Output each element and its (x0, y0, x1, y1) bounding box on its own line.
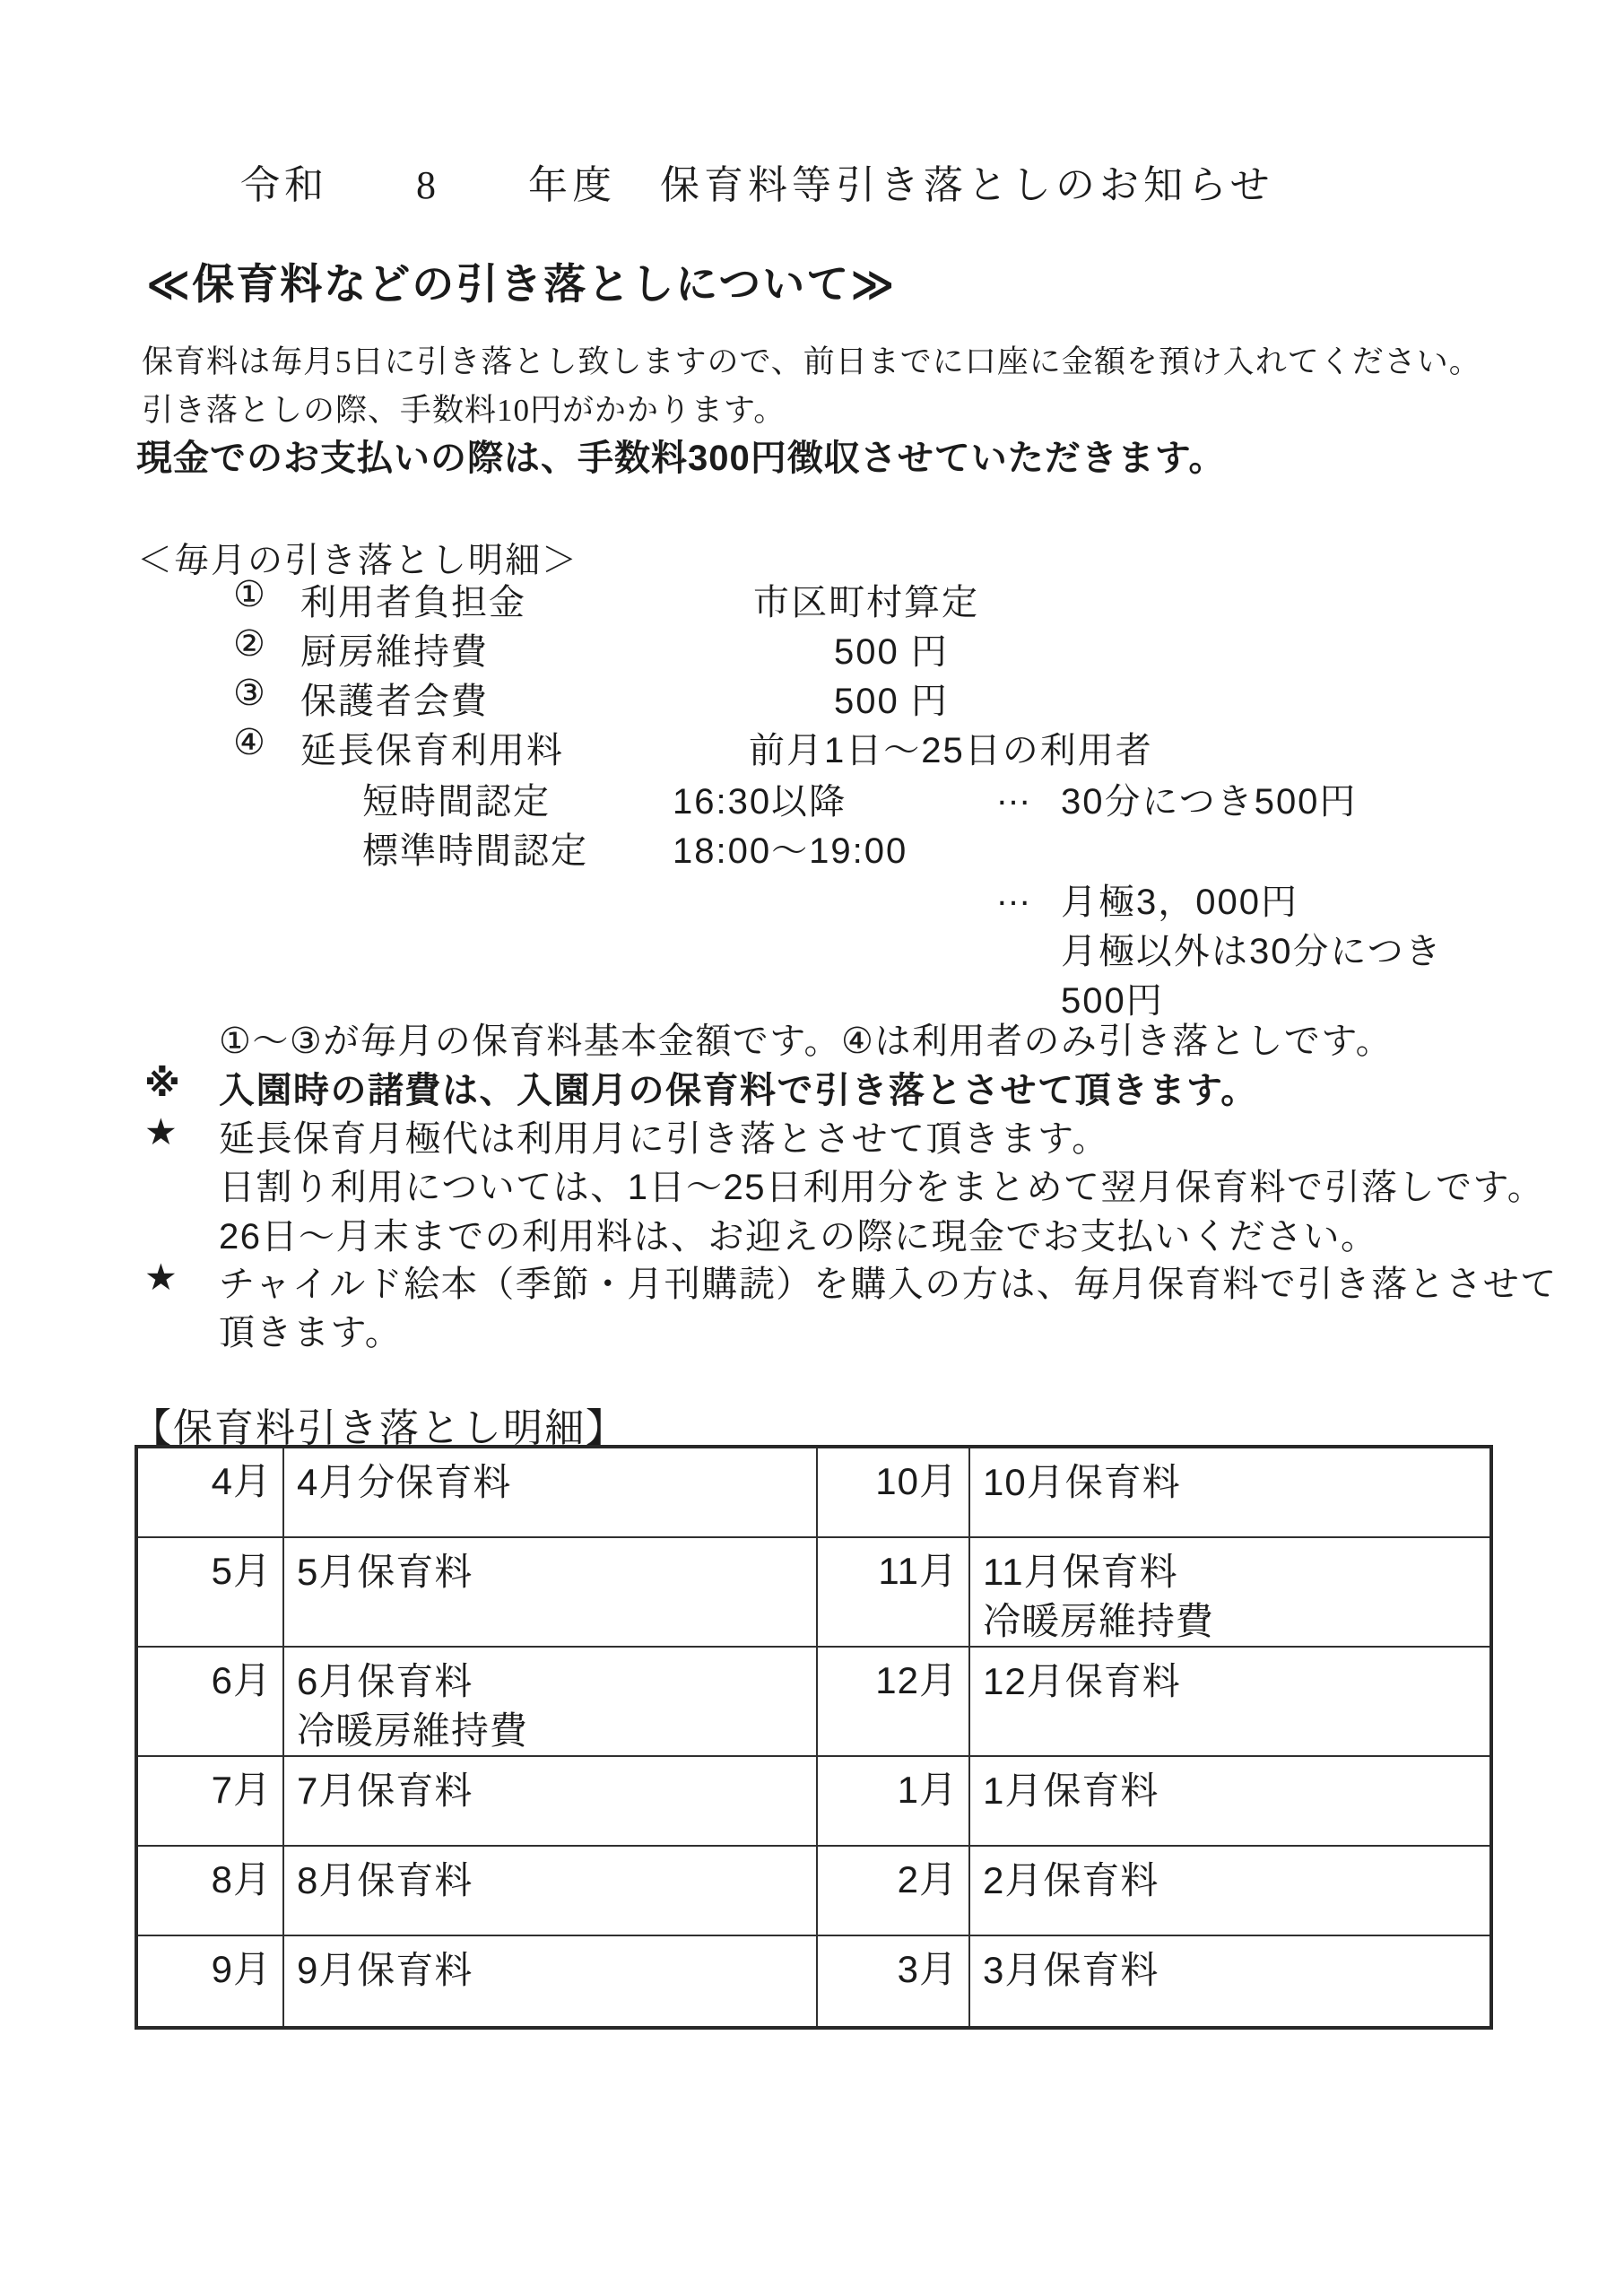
circled-number: ② (233, 623, 267, 665)
item-label: 利用者負担金 (300, 574, 526, 625)
table-cell-desc: 2月保育料 (970, 1847, 1489, 1936)
table-cell-desc: 9月保育料 (284, 1936, 818, 2026)
note-star1-text: 日割り利用については、1日～25日利用分をまとめて翌月保育料で引落しです。 (219, 1159, 1544, 1210)
circled-number: ③ (233, 673, 267, 714)
note-kome-text: 入園時の諸費は、入園月の保育料で引き落とさせて頂きます。 (219, 1062, 1258, 1113)
intro-line-cash-fee: 現金でのお支払いの際は、手数料300円徴収させていただきます。 (136, 430, 1226, 481)
item-label: 厨房維持費 (300, 623, 489, 674)
intro-heading: ≪保育料などの引き落としについて≫ (146, 251, 896, 311)
table-cell-month: 2月 (818, 1847, 970, 1936)
table-cell-month: 7月 (138, 1757, 284, 1847)
dots-leader: … (995, 874, 1033, 914)
star-icon: ★ (144, 1256, 178, 1299)
note-summary: ①～③が毎月の保育料基本金額です。④は利用者のみ引き落としです。 (219, 1013, 1393, 1064)
cell-line: 7月保育料 (297, 1766, 816, 1815)
cell-line: 10月保育料 (983, 1457, 1489, 1507)
dots-leader: … (995, 773, 1033, 813)
intro-line: 保育料は毎月5日に引き落とし致しますので、前日までに口座に金額を預け入れてくださ… (142, 337, 1481, 382)
cell-line: 12月保育料 (983, 1657, 1489, 1706)
cell-line: 6月保育料 (297, 1657, 816, 1706)
table-cell-desc: 7月保育料 (284, 1757, 818, 1847)
table-cell-desc: 8月保育料 (284, 1847, 818, 1936)
circled-number: ① (233, 574, 267, 615)
table-cell-month: 3月 (818, 1936, 970, 2026)
table-cell-desc: 12月保育料 (970, 1648, 1489, 1757)
table-cell-month: 8月 (138, 1847, 284, 1936)
table-cell-desc: 10月保育料 (970, 1448, 1489, 1538)
sub-label: 短時間認定 (362, 773, 551, 824)
table-cell-month: 10月 (818, 1448, 970, 1538)
sub-label: 標準時間認定 (362, 822, 588, 874)
star-icon: ★ (144, 1110, 178, 1153)
item-label: 延長保育利用料 (300, 722, 564, 773)
table-cell-month: 12月 (818, 1648, 970, 1757)
table-cell-desc: 5月保育料 (284, 1538, 818, 1648)
cell-line: 9月保育料 (297, 1945, 816, 1995)
item-value: 前月1日～25日の利用者 (749, 722, 1153, 773)
sub-fee: 月極3，000円 (1061, 874, 1298, 925)
fee-withdrawal-table: 4月 4月分保育料 10月 10月保育料 5月 5月保育料 11月 11月保育料… (135, 1445, 1493, 2030)
sub-time: 18:00～19:00 (673, 822, 908, 874)
table-cell-month: 6月 (138, 1648, 284, 1757)
cell-line: 2月保育料 (983, 1856, 1489, 1905)
intro-line: 引き落としの際、手数料10円がかかります。 (142, 386, 786, 430)
item-value: 500 円 (834, 673, 949, 724)
sub-fee: 30分につき500円 (1061, 773, 1357, 824)
item-label: 保護者会費 (300, 673, 489, 724)
cell-line: 4月分保育料 (297, 1457, 816, 1507)
table-cell-desc: 4月分保育料 (284, 1448, 818, 1538)
table-cell-desc: 11月保育料 冷暖房維持費 (970, 1538, 1489, 1648)
sub-time: 16:30以降 (673, 773, 847, 824)
table-cell-desc: 1月保育料 (970, 1757, 1489, 1847)
item-value: 500 円 (834, 623, 949, 674)
note-star1-text: 26日～月末までの利用料は、お迎えの際に現金でお支払いください。 (219, 1208, 1378, 1259)
cell-line: 8月保育料 (297, 1856, 816, 1905)
sub-fee-note: 月極以外は30分につき (1061, 923, 1443, 974)
note-star1-text: 延長保育月極代は利用月に引き落とさせて頂きます。 (219, 1110, 1109, 1161)
table-cell-desc: 3月保育料 (970, 1936, 1489, 2026)
table-cell-month: 5月 (138, 1538, 284, 1648)
cell-line: 冷暖房維持費 (983, 1596, 1489, 1646)
item-value: 市区町村算定 (753, 574, 979, 625)
table-cell-month: 1月 (818, 1757, 970, 1847)
table-cell-desc: 6月保育料 冷暖房維持費 (284, 1648, 818, 1757)
table-cell-month: 11月 (818, 1538, 970, 1648)
page-title: 令和 8 年度 保育料等引き落としのお知らせ (240, 152, 1274, 210)
cell-line: 冷暖房維持費 (297, 1706, 816, 1755)
cell-line: 3月保育料 (983, 1945, 1489, 1995)
note-star2-text: チャイルド絵本（季節・月刊購読）を購入の方は、毎月保育料で引き落とさせて (219, 1256, 1558, 1307)
reference-mark-icon: ※ (144, 1062, 181, 1105)
circled-number: ④ (233, 722, 267, 763)
note-star2-text: 頂きます。 (219, 1304, 402, 1355)
cell-line: 1月保育料 (983, 1766, 1489, 1815)
table-cell-month: 9月 (138, 1936, 284, 2026)
cell-line: 5月保育料 (297, 1547, 816, 1596)
scanned-notice-page: 令和 8 年度 保育料等引き落としのお知らせ ≪保育料などの引き落としについて≫… (0, 0, 1624, 2296)
cell-line: 11月保育料 (983, 1547, 1489, 1596)
table-cell-month: 4月 (138, 1448, 284, 1538)
